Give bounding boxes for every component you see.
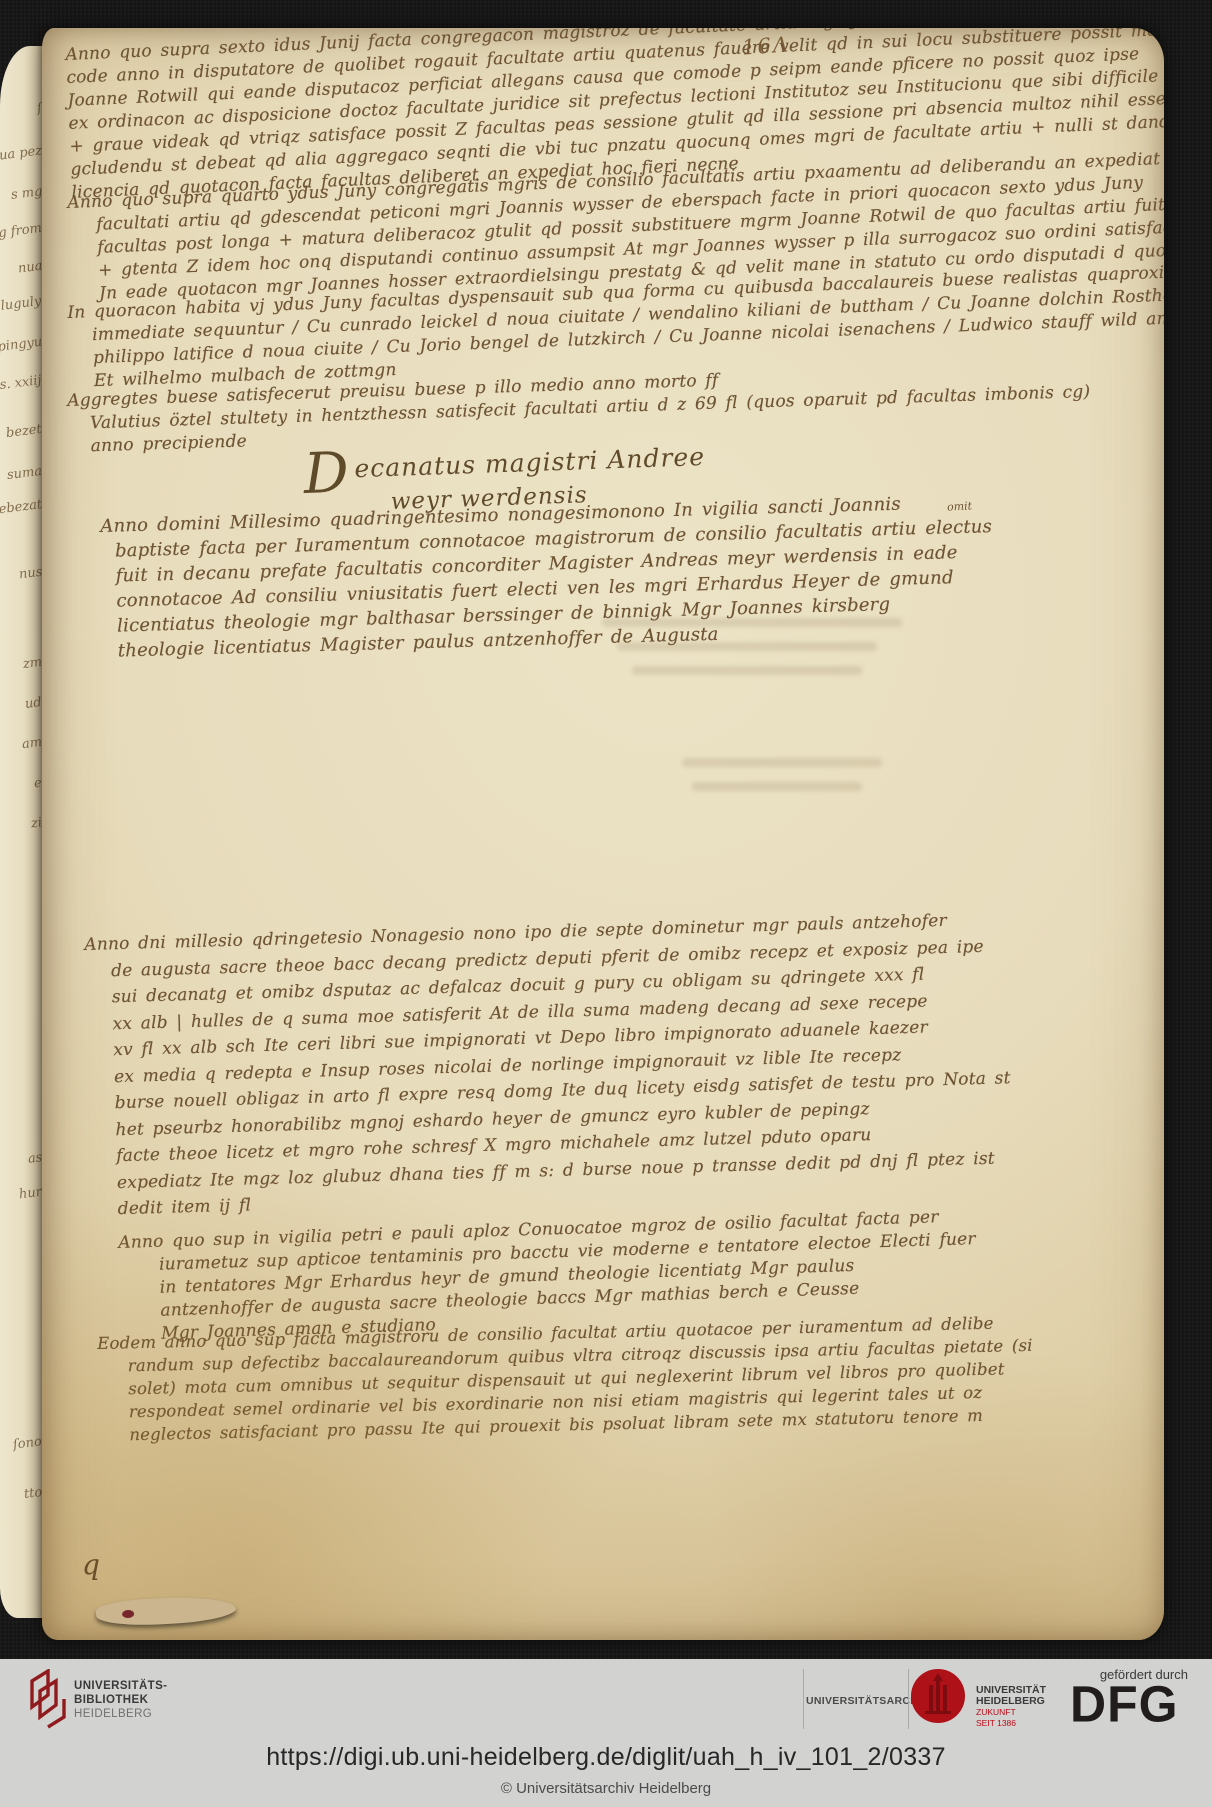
- margin-paragraph-mark: q: [82, 1548, 100, 1581]
- manuscript-paragraph: Anno dni millesio qdringetesio Nonagesio…: [84, 906, 1014, 1223]
- uni-line-4: SEIT 1386: [976, 1718, 1046, 1729]
- manuscript-page: 16Λ Anno quo supra sexto idus Junij fact…: [42, 28, 1164, 1640]
- source-url: https://digi.ub.uni-heidelberg.de/diglit…: [0, 1743, 1212, 1772]
- manuscript-paragraph: Eodem anno quo sup facta magistroru de c…: [97, 1311, 1034, 1447]
- university-heidelberg-wordmark: UNIVERSITÄT HEIDELBERG ZUKUNFT SEIT 1386: [976, 1685, 1046, 1729]
- university-archive-label: UNIVERSITÄTSARCHIV: [806, 1695, 906, 1707]
- facing-page-text-fragment: as. xxiij: [0, 373, 43, 394]
- ink-showthrough: [617, 642, 877, 651]
- uni-line-2: HEIDELBERG: [976, 1696, 1046, 1707]
- uni-line-3: ZUKUNFT: [976, 1707, 1046, 1718]
- decorated-initial: D: [303, 440, 351, 507]
- ink-showthrough: [692, 782, 862, 791]
- facing-page-text-fragment: fepingyu: [0, 335, 43, 357]
- facing-page-text-fragment: ug from: [0, 221, 43, 242]
- university-library-wordmark: UNIVERSITÄTS- BIBLIOTHEK HEIDELBERG: [74, 1679, 167, 1721]
- heidelberg-seal-icon: [909, 1667, 967, 1725]
- ub-line-1: UNIVERSITÄTS-: [74, 1679, 167, 1693]
- book-scan-area: ſua pezs mgug fromnuaes glugulyfepingyua…: [0, 0, 1212, 1659]
- screenshot-root: ſua pezs mgug fromnuaes glugulyfepingyua…: [0, 0, 1212, 1807]
- facing-page-text-fragment: d debezat: [0, 497, 43, 520]
- copyright-notice: © Universitätsarchiv Heidelberg: [0, 1780, 1212, 1797]
- ink-showthrough: [632, 666, 862, 675]
- ub-line-2: BIBLIOTHEK: [74, 1693, 167, 1707]
- university-library-logo-icon: [28, 1669, 72, 1729]
- ink-showthrough: [602, 618, 902, 627]
- divider-line: [803, 1669, 804, 1729]
- facing-page-text-fragment: ua pez: [0, 143, 43, 163]
- manuscript-paragraph: Anno domini Millesimo quadringentesimo n…: [100, 489, 995, 664]
- ub-line-3: HEIDELBERG: [74, 1707, 167, 1721]
- facing-page-text-fragment: es gluguly: [0, 294, 43, 317]
- footer-bar: UNIVERSITÄTS- BIBLIOTHEK HEIDELBERG UNIV…: [0, 1659, 1212, 1807]
- ink-showthrough: [682, 758, 882, 767]
- dfg-logo: DFG: [1070, 1674, 1179, 1733]
